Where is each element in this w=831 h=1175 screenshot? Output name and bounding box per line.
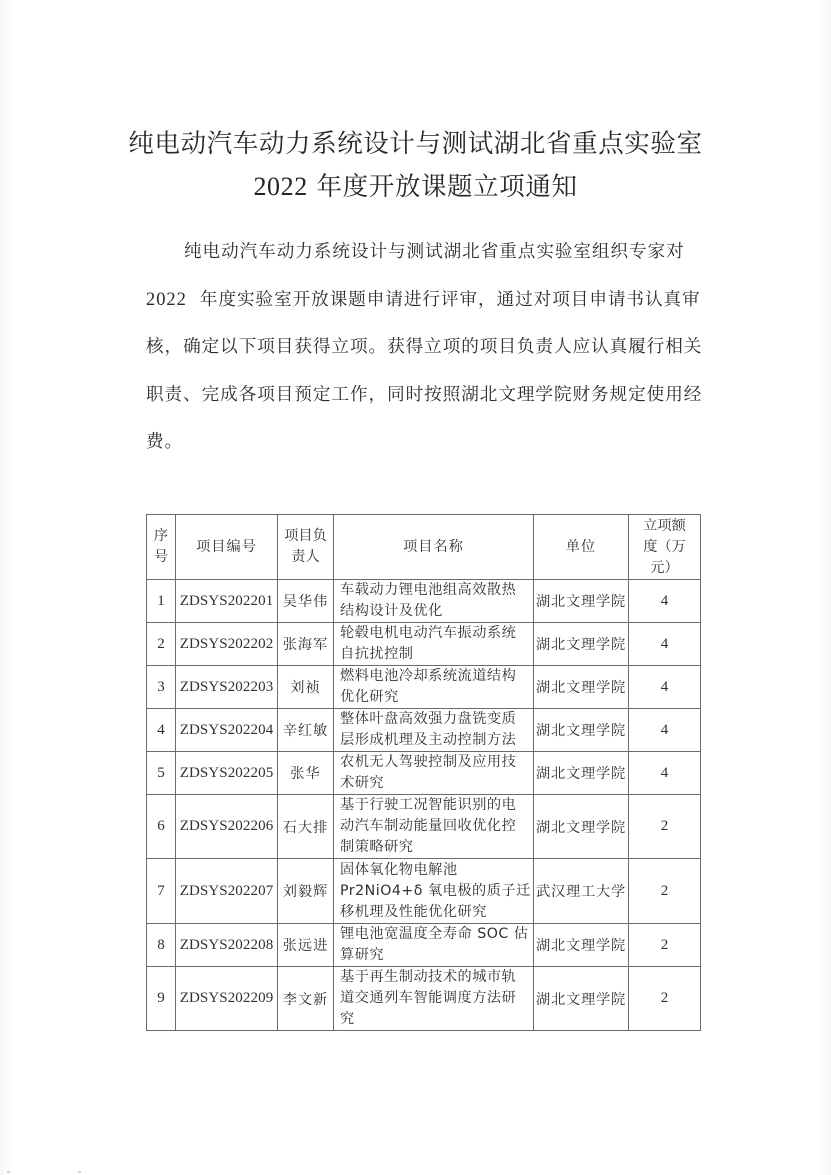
row-project-name: 轮毂电机电动汽车振动系统自抗扰控制 xyxy=(334,623,534,666)
table-row: 1 ZDSYS202201 吴华伟 车载动力锂电池组高效散热结构设计及优化 湖北… xyxy=(147,580,701,623)
table-row: 8 ZDSYS202208 张远进 锂电池宽温度全寿命 SOC 估算研究 湖北文… xyxy=(147,924,701,967)
scan-speck xyxy=(7,1171,10,1173)
document-title-line2: 2022 年度开放课题立项通知 xyxy=(0,167,831,203)
row-unit: 武汉理工大学 xyxy=(534,859,629,924)
row-seq: 4 xyxy=(147,709,176,752)
row-code: ZDSYS202209 xyxy=(176,967,278,1031)
row-seq: 9 xyxy=(147,967,176,1031)
header-name: 项目名称 xyxy=(334,515,534,580)
table-row: 6 ZDSYS202206 石大排 基于行驶工况智能识别的电动汽车制动能量回收优… xyxy=(147,795,701,859)
row-code: ZDSYS202202 xyxy=(176,623,278,666)
row-seq: 7 xyxy=(147,859,176,924)
title-text-1: 纯电动汽车动力系统设计与测试湖北省重点实验室 xyxy=(128,129,702,159)
body-year: 2022 xyxy=(146,290,187,310)
row-code: ZDSYS202208 xyxy=(176,924,278,967)
row-leader: 刘祯 xyxy=(278,666,334,709)
row-amount: 4 xyxy=(629,666,701,709)
body-line-5: 费。 xyxy=(146,419,706,467)
row-unit: 湖北文理学院 xyxy=(534,709,629,752)
title-year: 2022 xyxy=(253,172,307,201)
projects-table: 序号 项目编号 项目负责人 项目名称 单位 立项额度（万元） 1 ZDSYS20… xyxy=(146,514,701,1031)
body-line-3: 核，确定以下项目获得立项。获得立项的项目负责人应认真履行相关 xyxy=(146,324,706,372)
row-project-name: 基于行驶工况智能识别的电动汽车制动能量回收优化控制策略研究 xyxy=(334,795,534,859)
row-leader: 辛红敏 xyxy=(278,709,334,752)
scan-speck xyxy=(78,1171,81,1173)
row-seq: 2 xyxy=(147,623,176,666)
row-seq: 6 xyxy=(147,795,176,859)
row-unit: 湖北文理学院 xyxy=(534,752,629,795)
body-line-2-text: 年度实验室开放课题申请进行评审，通过对项目申请书认真审 xyxy=(187,290,701,310)
row-code: ZDSYS202205 xyxy=(176,752,278,795)
row-leader: 张远进 xyxy=(278,924,334,967)
table-row: 5 ZDSYS202205 张华 农机无人驾驶控制及应用技术研究 湖北文理学院 … xyxy=(147,752,701,795)
row-unit: 湖北文理学院 xyxy=(534,967,629,1031)
row-unit: 湖北文理学院 xyxy=(534,666,629,709)
row-leader: 石大排 xyxy=(278,795,334,859)
table-header-row: 序号 项目编号 项目负责人 项目名称 单位 立项额度（万元） xyxy=(147,515,701,580)
row-project-name: 基于再生制动技术的城市轨道交通列车智能调度方法研究 xyxy=(334,967,534,1031)
row-unit: 湖北文理学院 xyxy=(534,795,629,859)
row-project-name: 燃料电池冷却系统流道结构优化研究 xyxy=(334,666,534,709)
header-unit: 单位 xyxy=(534,515,629,580)
row-unit: 湖北文理学院 xyxy=(534,580,629,623)
row-unit: 湖北文理学院 xyxy=(534,623,629,666)
row-project-name: 车载动力锂电池组高效散热结构设计及优化 xyxy=(334,580,534,623)
row-leader: 张华 xyxy=(278,752,334,795)
row-leader: 张海军 xyxy=(278,623,334,666)
table-row: 9 ZDSYS202209 李文新 基于再生制动技术的城市轨道交通列车智能调度方… xyxy=(147,967,701,1031)
row-project-name: 整体叶盘高效强力盘铣变质层形成机理及主动控制方法 xyxy=(334,709,534,752)
row-unit: 湖北文理学院 xyxy=(534,924,629,967)
row-amount: 2 xyxy=(629,924,701,967)
row-project-name: 农机无人驾驶控制及应用技术研究 xyxy=(334,752,534,795)
table-row: 2 ZDSYS202202 张海军 轮毂电机电动汽车振动系统自抗扰控制 湖北文理… xyxy=(147,623,701,666)
row-code: ZDSYS202207 xyxy=(176,859,278,924)
row-amount: 4 xyxy=(629,623,701,666)
body-line-2: 2022 年度实验室开放课题申请进行评审，通过对项目申请书认真审 xyxy=(146,277,706,325)
row-amount: 2 xyxy=(629,967,701,1031)
row-amount: 2 xyxy=(629,795,701,859)
row-seq: 8 xyxy=(147,924,176,967)
row-project-name: 锂电池宽温度全寿命 SOC 估算研究 xyxy=(334,924,534,967)
body-line-1: 纯电动汽车动力系统设计与测试湖北省重点实验室组织专家对 xyxy=(146,229,706,277)
header-leader: 项目负责人 xyxy=(278,515,334,580)
row-seq: 1 xyxy=(147,580,176,623)
header-amount: 立项额度（万元） xyxy=(629,515,701,580)
row-seq: 5 xyxy=(147,752,176,795)
table-row: 4 ZDSYS202204 辛红敏 整体叶盘高效强力盘铣变质层形成机理及主动控制… xyxy=(147,709,701,752)
title-text-2: 年度开放课题立项通知 xyxy=(308,172,578,202)
row-project-name: 固体氧化物电解池Pr2NiO4+δ 氧电极的质子迁移机理及性能优化研究 xyxy=(334,859,534,924)
header-code: 项目编号 xyxy=(176,515,278,580)
header-seq: 序号 xyxy=(147,515,176,580)
row-amount: 4 xyxy=(629,709,701,752)
row-leader: 刘毅辉 xyxy=(278,859,334,924)
row-code: ZDSYS202203 xyxy=(176,666,278,709)
row-leader: 吴华伟 xyxy=(278,580,334,623)
table-row: 3 ZDSYS202203 刘祯 燃料电池冷却系统流道结构优化研究 湖北文理学院… xyxy=(147,666,701,709)
row-code: ZDSYS202206 xyxy=(176,795,278,859)
row-seq: 3 xyxy=(147,666,176,709)
row-amount: 4 xyxy=(629,752,701,795)
table-row: 7 ZDSYS202207 刘毅辉 固体氧化物电解池Pr2NiO4+δ 氧电极的… xyxy=(147,859,701,924)
body-paragraph: 纯电动汽车动力系统设计与测试湖北省重点实验室组织专家对 2022 年度实验室开放… xyxy=(146,229,706,467)
row-leader: 李文新 xyxy=(278,967,334,1031)
row-amount: 4 xyxy=(629,580,701,623)
body-line-4: 职责、完成各项目预定工作，同时按照湖北文理学院财务规定使用经 xyxy=(146,372,706,420)
row-amount: 2 xyxy=(629,859,701,924)
document-title-line1: 纯电动汽车动力系统设计与测试湖北省重点实验室 xyxy=(0,124,831,160)
row-code: ZDSYS202204 xyxy=(176,709,278,752)
document-page: 纯电动汽车动力系统设计与测试湖北省重点实验室 2022 年度开放课题立项通知 纯… xyxy=(0,0,831,1175)
row-code: ZDSYS202201 xyxy=(176,580,278,623)
